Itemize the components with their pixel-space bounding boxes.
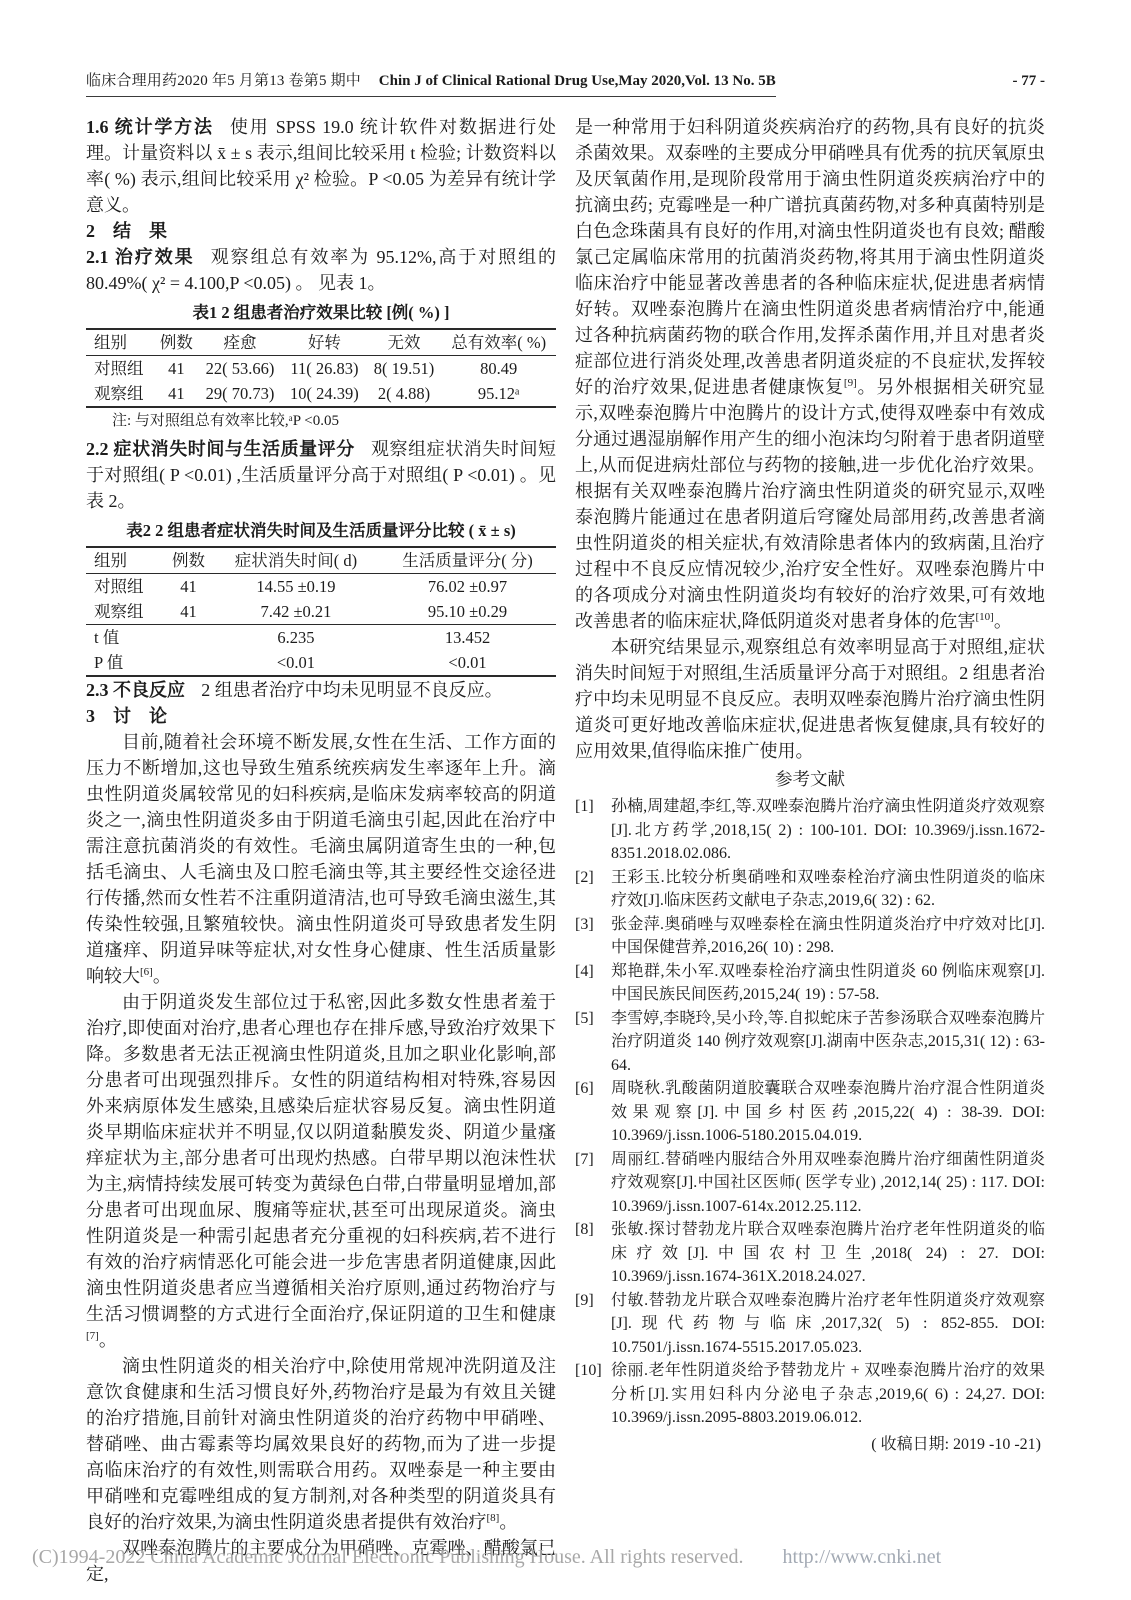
reference-item: [3] 张金萍.奥硝唑与双唑泰栓在滴虫性阴道炎治疗中疗效对比[J].中国保健营养… [575,913,1045,960]
section-2-1-heading: 2.1 治疗效果 [86,247,195,267]
references-heading: 参考文献 [575,766,1045,792]
table-cell: 观察组 [86,599,164,625]
section-3-heading: 3 讨 论 [86,703,556,729]
reference-label: [5] [575,1007,611,1078]
reference-item: [9] 付敏.替勃龙片联合双唑泰泡腾片治疗老年性阴道炎疗效观察[J].现代药物与… [575,1289,1045,1360]
table-cell: 22( 53.66) [198,356,282,382]
table-cell [164,625,213,651]
reference-item: [6] 周晓秋.乳酸菌阴道胶囊联合双唑泰泡腾片治疗混合性阴道炎效果观察[J].中… [575,1077,1045,1148]
reference-text: 王彩玉.比较分析奥硝唑和双唑泰栓治疗滴虫性阴道炎的临床疗效[J].临床医药文献电… [611,866,1045,913]
section-1-6-heading: 1.6 统计学方法 [86,117,214,137]
table-cell: 41 [164,599,213,625]
article-page: { "header": { "journal_cn": "临床合理用药2020 … [0,0,1131,1600]
table-cell: <0.01 [379,650,556,676]
right-column: 是一种常用于妇科阴道炎疾病治疗的药物,具有良好的抗炎杀菌效果。双泰唑的主要成分甲… [575,114,1045,1587]
table-2-title: 表2 2 组患者症状消失时间及生活质量评分比较 ( x̄ ± s) [86,519,556,543]
reference-label: [4] [575,960,611,1007]
reference-text: 周晓秋.乳酸菌阴道胶囊联合双唑泰泡腾片治疗混合性阴道炎效果观察[J].中国乡村医… [611,1077,1045,1148]
table-cell: 11( 26.83) [282,356,366,382]
table-cell: 2( 4.88) [367,381,442,407]
reference-text: 李雪婷,李晓玲,吴小玲,等.自拟蛇床子苦参汤联合双唑泰泡腾片治疗阴道炎 140 … [611,1007,1045,1078]
table-1: 组别 例数 痊愈 好转 无效 总有效率( %) 对照组 41 22( 53.66… [86,328,556,408]
table-cell: 观察组 [86,381,155,407]
reference-label: [6] [575,1077,611,1148]
table-cell: 组别 [86,547,164,574]
table-cell: 80.49 [441,356,556,382]
table-cell: 好转 [282,329,366,356]
section-2-3-heading: 2.3 不良反应 [86,680,185,700]
reference-label: [1] [575,795,611,866]
table-cell: <0.01 [213,650,379,676]
table-cell: 对照组 [86,356,155,382]
reference-text: 张金萍.奥硝唑与双唑泰栓在滴虫性阴道炎治疗中疗效对比[J].中国保健营养,201… [611,913,1045,960]
reference-text: 徐丽.老年性阴道炎给予替勃龙片 + 双唑泰泡腾片治疗的效果分析[J].实用妇科内… [611,1359,1045,1430]
reference-text: 周丽红.替硝唑内服结合外用双唑泰泡腾片治疗细菌性阴道炎疗效观察[J].中国社区医… [611,1148,1045,1219]
table-cell: 生活质量评分( 分) [379,547,556,574]
table-cell: 无效 [367,329,442,356]
discussion-paragraph: 滴虫性阴道炎的相关治疗中,除使用常规冲洗阴道及注意饮食健康和生活习惯良好外,药物… [86,1353,556,1535]
reference-text: 孙楠,周建超,李红,等.双唑泰泡腾片治疗滴虫性阴道炎疗效观察[J].北方药学,2… [611,795,1045,866]
section-2-2: 2.2 症状消失时间与生活质量评分观察组症状消失时间短于对照组( P <0.01… [86,436,556,514]
table-row: t 值 6.235 13.452 [86,625,556,651]
table-cell: 总有效率( %) [441,329,556,356]
table-cell: 76.02 ±0.97 [379,574,556,600]
table-cell: 10( 24.39) [282,381,366,407]
journal-header: 临床合理用药2020 年5 月第13 卷第5 期中 Chin J of Clin… [86,72,776,97]
table-row: 观察组 41 7.42 ±0.21 95.10 ±0.29 [86,599,556,625]
table-cell: P 值 [86,650,164,676]
table-row: 组别 例数 痊愈 好转 无效 总有效率( %) [86,329,556,356]
reference-item: [5] 李雪婷,李晓玲,吴小玲,等.自拟蛇床子苦参汤联合双唑泰泡腾片治疗阴道炎 … [575,1007,1045,1078]
page-header: 临床合理用药2020 年5 月第13 卷第5 期中 Chin J of Clin… [86,72,1045,97]
table-cell: 41 [155,381,198,407]
references-list: [1] 孙楠,周建超,李红,等.双唑泰泡腾片治疗滴虫性阴道炎疗效观察[J].北方… [575,795,1045,1430]
table-cell: 7.42 ±0.21 [213,599,379,625]
reference-label: [7] [575,1148,611,1219]
table-cell: 痊愈 [198,329,282,356]
table-cell [164,650,213,676]
table-cell: 症状消失时间( d) [213,547,379,574]
table-cell: 例数 [164,547,213,574]
copyright-text: (C)1994-2022 China Academic Journal Elec… [32,1546,744,1568]
journal-title-en: Chin J of Clinical Rational Drug Use,May… [379,73,776,89]
reference-label: [8] [575,1218,611,1289]
table-cell: 组别 [86,329,155,356]
reference-item: [2] 王彩玉.比较分析奥硝唑和双唑泰栓治疗滴虫性阴道炎的临床疗效[J].临床医… [575,866,1045,913]
reference-text: 张敏.探讨替勃龙片联合双唑泰泡腾片治疗老年性阴道炎的临床疗效[J].中国农村卫生… [611,1218,1045,1289]
table-cell: t 值 [86,625,164,651]
section-2-2-heading: 2.2 症状消失时间与生活质量评分 [86,439,355,459]
table-cell: 对照组 [86,574,164,600]
table-1-note: 注: 与对照组总有效率比较,ᵃP <0.05 [86,411,556,431]
table-cell: 41 [155,356,198,382]
table-row: 对照组 41 22( 53.66) 11( 26.83) 8( 19.51) 8… [86,356,556,382]
section-2-3-text: 2 组患者治疗中均未见明显不良反应。 [201,680,503,700]
table-cell: 14.55 ±0.19 [213,574,379,600]
table-row: 观察组 41 29( 70.73) 10( 24.39) 2( 4.88) 95… [86,381,556,407]
reference-item: [8] 张敏.探讨替勃龙片联合双唑泰泡腾片治疗老年性阴道炎的临床疗效[J].中国… [575,1218,1045,1289]
table-cell: 13.452 [379,625,556,651]
received-date: ( 收稿日期: 2019 -10 -21) [575,1433,1045,1457]
reference-item: [1] 孙楠,周建超,李红,等.双唑泰泡腾片治疗滴虫性阴道炎疗效观察[J].北方… [575,795,1045,866]
left-column: 1.6 统计学方法使用 SPSS 19.0 统计软件对数据进行处理。计量资料以 … [86,114,556,1587]
table-cell: 8( 19.51) [367,356,442,382]
reference-label: [9] [575,1289,611,1360]
reference-text: 付敏.替勃龙片联合双唑泰泡腾片治疗老年性阴道炎疗效观察[J].现代药物与临床,2… [611,1289,1045,1360]
reference-label: [2] [575,866,611,913]
table-cell: 29( 70.73) [198,381,282,407]
cnki-url: http://www.cnki.net [783,1546,942,1568]
reference-item: [4] 郑艳群,朱小军.双唑泰栓治疗滴虫性阴道炎 60 例临床观察[J].中国民… [575,960,1045,1007]
reference-text: 郑艳群,朱小军.双唑泰栓治疗滴虫性阴道炎 60 例临床观察[J].中国民族民间医… [611,960,1045,1007]
footer-copyright: (C)1994-2022 China Academic Journal Elec… [32,1544,1102,1570]
discussion-paragraph-continued: 是一种常用于妇科阴道炎疾病治疗的药物,具有良好的抗炎杀菌效果。双泰唑的主要成分甲… [575,114,1045,634]
table-2: 组别 例数 症状消失时间( d) 生活质量评分( 分) 对照组 41 14.55… [86,546,556,677]
section-2-heading: 2 结 果 [86,218,556,244]
discussion-paragraph: 由于阴道炎发生部位过于私密,因此多数女性患者羞于治疗,即使面对治疗,患者心理也存… [86,989,556,1353]
reference-item: [10] 徐丽.老年性阴道炎给予替勃龙片 + 双唑泰泡腾片治疗的效果分析[J].… [575,1359,1045,1430]
page-number: - 77 - [1013,72,1046,97]
conclusion-paragraph: 本研究结果显示,观察组总有效率明显高于对照组,症状消失时间短于对照组,生活质量评… [575,634,1045,764]
table-cell: 例数 [155,329,198,356]
section-2-1: 2.1 治疗效果观察组总有效率为 95.12%,高于对照组的 80.49%( χ… [86,244,556,296]
table-cell: 6.235 [213,625,379,651]
section-1-6: 1.6 统计学方法使用 SPSS 19.0 统计软件对数据进行处理。计量资料以 … [86,114,556,218]
discussion-paragraph: 目前,随着社会环境不断发展,女性在生活、工作方面的压力不断增加,这也导致生殖系统… [86,729,556,989]
table-cell: 41 [164,574,213,600]
table-1-title: 表1 2 组患者治疗效果比较 [例( %) ] [86,301,556,325]
table-row: P 值 <0.01 <0.01 [86,650,556,676]
table-cell: 95.10 ±0.29 [379,599,556,625]
article-body: 1.6 统计学方法使用 SPSS 19.0 统计软件对数据进行处理。计量资料以 … [86,114,1045,1587]
section-2-3: 2.3 不良反应2 组患者治疗中均未见明显不良反应。 [86,677,556,703]
table-cell: 95.12ᵃ [441,381,556,407]
reference-label: [10] [575,1359,611,1430]
journal-title-cn: 临床合理用药2020 年5 月第13 卷第5 期中 [86,73,361,89]
reference-label: [3] [575,913,611,960]
reference-item: [7] 周丽红.替硝唑内服结合外用双唑泰泡腾片治疗细菌性阴道炎疗效观察[J].中… [575,1148,1045,1219]
table-row: 对照组 41 14.55 ±0.19 76.02 ±0.97 [86,574,556,600]
table-row: 组别 例数 症状消失时间( d) 生活质量评分( 分) [86,547,556,574]
